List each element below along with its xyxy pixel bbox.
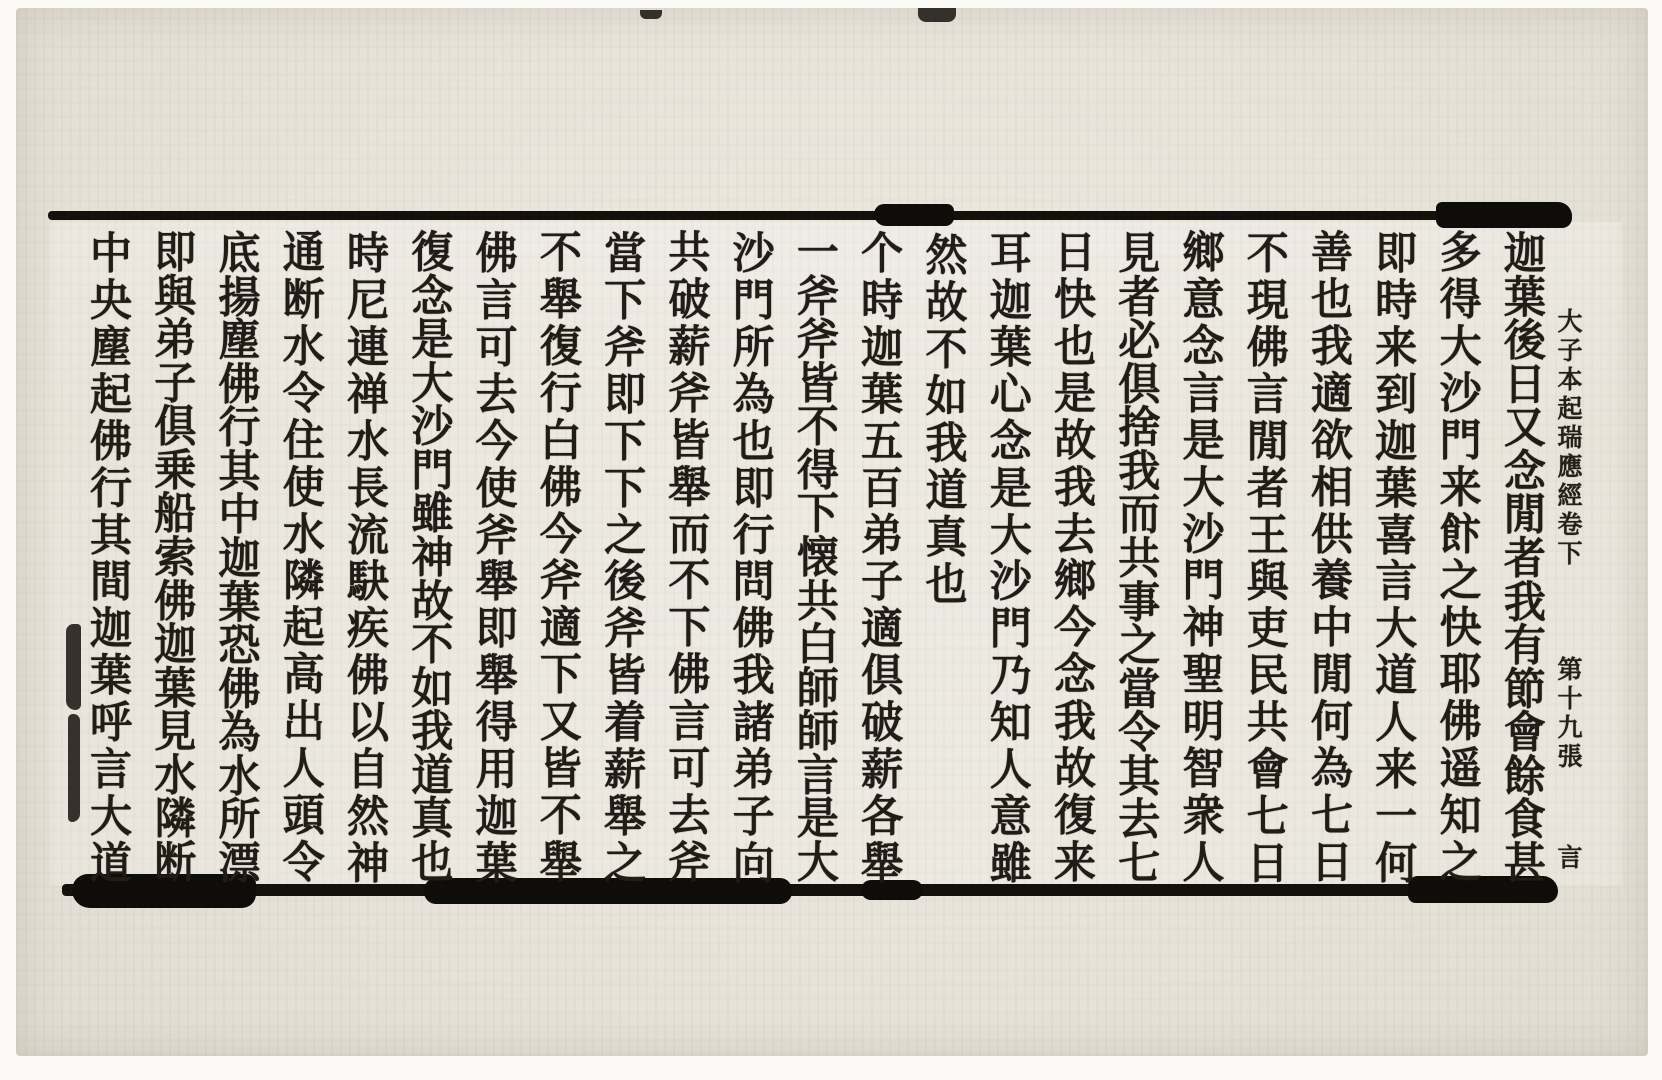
- glyph: 也: [1311, 278, 1353, 322]
- glyph: 去: [668, 794, 710, 838]
- glyph: 一: [1375, 795, 1417, 839]
- glyph: 今: [1054, 607, 1096, 651]
- text-column-2: 多得大沙門来飰之快耶佛遥知之: [1438, 232, 1484, 884]
- glyph: 言: [90, 748, 132, 792]
- glyph: 下: [797, 493, 839, 537]
- glyph: 迦: [154, 623, 196, 667]
- glyph: 葉: [90, 654, 132, 698]
- glyph: 念: [411, 275, 453, 319]
- glyph: 佛: [733, 608, 775, 652]
- glyph: 沙: [733, 232, 775, 276]
- glyph: 鄉: [1183, 231, 1225, 275]
- glyph: 乗: [154, 449, 196, 493]
- glyph: 言: [1247, 373, 1289, 417]
- glyph: 断: [283, 278, 325, 322]
- glyph: 葉: [1504, 276, 1546, 320]
- ink-mark: [640, 10, 662, 19]
- glyph: 門: [733, 279, 775, 323]
- text-column-13: 沙門所為也即行問佛我諸弟子向: [731, 233, 777, 885]
- glyph: 其: [219, 450, 261, 494]
- glyph: 不: [411, 623, 453, 667]
- text-column-15: 當下斧即下下之後斧皆着薪舉之: [602, 233, 648, 885]
- glyph: 去: [1054, 513, 1096, 557]
- glyph: 央: [90, 279, 132, 323]
- glyph: 會: [1247, 748, 1289, 792]
- glyph: 迦: [1504, 232, 1546, 276]
- glyph: 見: [1118, 232, 1160, 276]
- ink-smudge: [68, 714, 80, 822]
- glyph: 令: [1118, 711, 1160, 755]
- glyph: 連: [347, 326, 389, 370]
- glyph: 之: [1118, 624, 1160, 668]
- glyph: 當: [604, 232, 646, 276]
- text-column-20: 通断水令住使水隣起高出人頭令: [281, 232, 327, 884]
- glyph: 起: [90, 373, 132, 417]
- glyph: 个: [861, 232, 903, 276]
- glyph: 舉: [476, 561, 518, 605]
- glyph: 是: [1183, 419, 1225, 463]
- glyph: 漂: [219, 842, 261, 886]
- glyph: 雖: [990, 842, 1032, 886]
- glyph: 以: [347, 701, 389, 745]
- glyph: 師: [797, 710, 839, 754]
- margin-column: 大子本起瑞應經卷下 第十九張 言: [1550, 232, 1586, 884]
- glyph: 白: [540, 419, 582, 463]
- glyph: 又: [1504, 406, 1546, 450]
- glyph: 来: [1375, 748, 1417, 792]
- glyph: 見: [154, 710, 196, 754]
- collator-mark: 言: [1550, 844, 1586, 873]
- glyph: 道: [90, 842, 132, 886]
- glyph: 明: [1183, 700, 1225, 744]
- glyph: 我: [1311, 325, 1353, 369]
- glyph: 道: [411, 754, 453, 798]
- glyph: 頭: [283, 794, 325, 838]
- glyph: 其: [1118, 755, 1160, 799]
- glyph: 七: [1311, 794, 1353, 838]
- glyph: 時: [1375, 279, 1417, 323]
- text-column-10: 然故不如我道真也: [923, 232, 969, 884]
- glyph: 言: [797, 754, 839, 798]
- glyph: 去: [476, 373, 518, 417]
- glyph: 五: [861, 420, 903, 464]
- glyph: 疾: [347, 608, 389, 652]
- glyph: 共: [668, 231, 710, 275]
- glyph: 下: [668, 607, 710, 651]
- glyph: 今: [540, 513, 582, 557]
- glyph: 故: [925, 278, 967, 327]
- glyph: 懐: [797, 536, 839, 580]
- glyph: 我: [1054, 466, 1096, 510]
- glyph: 倶: [1118, 363, 1160, 407]
- glyph: 舉: [540, 278, 582, 322]
- glyph: 葉: [154, 667, 196, 711]
- glyph: 耶: [1440, 653, 1482, 697]
- glyph: 之: [1440, 841, 1482, 885]
- glyph: 我: [925, 419, 967, 468]
- glyph: 是: [1054, 372, 1096, 416]
- glyph: 之: [1440, 560, 1482, 604]
- glyph: 行: [90, 467, 132, 511]
- glyph: 門: [990, 608, 1032, 652]
- glyph: 水: [283, 325, 325, 369]
- glyph: 佛: [347, 654, 389, 698]
- glyph: 使: [476, 467, 518, 511]
- glyph: 一: [797, 231, 839, 275]
- glyph: 佛: [1440, 700, 1482, 744]
- glyph: 也: [733, 420, 775, 464]
- glyph: 所: [733, 326, 775, 370]
- glyph: 日: [1054, 231, 1096, 275]
- glyph: 令: [283, 841, 325, 885]
- glyph: 中: [90, 232, 132, 276]
- glyph: 下: [604, 279, 646, 323]
- glyph: 皆: [604, 654, 646, 698]
- glyph: 鄉: [1054, 560, 1096, 604]
- ink-smudge: [66, 624, 81, 710]
- glyph: 大: [1375, 608, 1417, 652]
- glyph: 弟: [861, 514, 903, 558]
- glyph: 中: [219, 494, 261, 538]
- glyph: 塵: [90, 326, 132, 370]
- glyph: 佛: [154, 580, 196, 624]
- glyph: 薪: [604, 748, 646, 792]
- glyph: 中: [1311, 607, 1353, 651]
- glyph: 餘: [1504, 755, 1546, 799]
- glyph: 者: [1118, 276, 1160, 320]
- glyph: 向: [733, 842, 775, 886]
- glyph: 意: [990, 795, 1032, 839]
- glyph: 師: [797, 667, 839, 711]
- glyph: 而: [668, 513, 710, 557]
- glyph: 倶: [861, 654, 903, 698]
- glyph: 之: [604, 842, 646, 886]
- glyph: 可: [668, 747, 710, 791]
- glyph: 舉: [861, 842, 903, 886]
- glyph: 百: [861, 467, 903, 511]
- glyph: 船: [154, 493, 196, 537]
- glyph: 甚: [1504, 842, 1546, 886]
- glyph: 水: [347, 420, 389, 464]
- text-column-14: 共破薪斧皆舉而不下佛言可去斧: [666, 232, 712, 884]
- glyph: 我: [1504, 581, 1546, 625]
- glyph: 問: [733, 561, 775, 605]
- glyph: 是: [797, 797, 839, 841]
- glyph: 可: [476, 326, 518, 370]
- glyph: 人: [283, 747, 325, 791]
- glyph: 者: [1247, 467, 1289, 511]
- glyph: 佛: [476, 232, 518, 276]
- glyph: 門: [411, 449, 453, 493]
- glyph: 念: [1183, 325, 1225, 369]
- glyph: 斧: [604, 326, 646, 370]
- glyph: 時: [347, 232, 389, 276]
- glyph: 佛: [1247, 326, 1289, 370]
- glyph: 又: [540, 700, 582, 744]
- glyph: 舉: [540, 841, 582, 885]
- glyph: 駃: [347, 561, 389, 605]
- glyph: 快: [1440, 607, 1482, 651]
- glyph: 與: [154, 275, 196, 319]
- text-column-7: 見者必倶捨我而共事之當令其去七: [1116, 233, 1162, 885]
- glyph: 閒: [1247, 420, 1289, 464]
- glyph: 即: [733, 467, 775, 511]
- glyph: 今: [476, 420, 518, 464]
- glyph: 舉: [668, 466, 710, 510]
- glyph: 斧: [668, 372, 710, 416]
- glyph: 子: [733, 795, 775, 839]
- text-column-8: 日快也是故我去鄉今念我故復来: [1052, 232, 1098, 884]
- glyph: 念: [1054, 653, 1096, 697]
- glyph: 佛: [540, 466, 582, 510]
- glyph: 神: [411, 536, 453, 580]
- glyph: 為: [733, 373, 775, 417]
- glyph: 葉: [1375, 467, 1417, 511]
- glyph: 我: [1118, 450, 1160, 494]
- glyph: 沙: [411, 405, 453, 449]
- glyph: 来: [1440, 466, 1482, 510]
- glyph: 得: [797, 449, 839, 493]
- glyph: 来: [1375, 326, 1417, 370]
- glyph: 各: [861, 795, 903, 839]
- glyph: 破: [668, 278, 710, 322]
- glyph: 有: [1504, 624, 1546, 668]
- glyph: 迦: [219, 537, 261, 581]
- glyph: 為: [1311, 747, 1353, 791]
- glyph: 迦: [990, 279, 1032, 323]
- glyph: 念: [990, 420, 1032, 464]
- glyph: 起: [283, 607, 325, 651]
- glyph: 行: [733, 514, 775, 558]
- glyph: 神: [1183, 607, 1225, 651]
- glyph: 也: [1054, 325, 1096, 369]
- glyph: 故: [411, 580, 453, 624]
- glyph: 佛: [668, 653, 710, 697]
- glyph: 隣: [283, 560, 325, 604]
- glyph: 言: [668, 700, 710, 744]
- glyph: 舉: [476, 654, 518, 698]
- glyph: 水: [283, 513, 325, 557]
- glyph: 然: [925, 231, 967, 280]
- glyph: 節: [1504, 668, 1546, 712]
- glyph: 故: [1054, 419, 1096, 463]
- glyph: 禅: [347, 373, 389, 417]
- glyph: 我: [411, 710, 453, 754]
- glyph: 念: [1504, 450, 1546, 494]
- glyph: 言: [1183, 372, 1225, 416]
- glyph: 斧: [476, 514, 518, 558]
- glyph: 共: [797, 580, 839, 624]
- glyph: 得: [1440, 278, 1482, 322]
- glyph: 即: [154, 231, 196, 275]
- glyph: 民: [1247, 654, 1289, 698]
- glyph: 通: [283, 231, 325, 275]
- text-column-11: 个時迦葉五百弟子適倶破薪各舉: [859, 233, 905, 885]
- glyph: 佛: [219, 668, 261, 712]
- glyph: 底: [219, 232, 261, 276]
- glyph: 去: [1118, 798, 1160, 842]
- glyph: 共: [1247, 701, 1289, 745]
- glyph: 迦: [1375, 420, 1417, 464]
- glyph: 不: [540, 231, 582, 275]
- glyph: 復: [540, 325, 582, 369]
- glyph: 流: [347, 514, 389, 558]
- glyph: 道: [925, 466, 967, 515]
- glyph: 薪: [668, 325, 710, 369]
- glyph: 相: [1311, 466, 1353, 510]
- glyph: 必: [1118, 319, 1160, 363]
- glyph: 斧: [797, 318, 839, 362]
- glyph: 着: [604, 701, 646, 745]
- text-column-23: 中央塵起佛行其間迦葉呼言大道: [88, 233, 134, 885]
- glyph: 共: [1118, 537, 1160, 581]
- text-column-17: 佛言可去今使斧舉即舉得用迦葉: [474, 233, 520, 885]
- glyph: 倶: [154, 405, 196, 449]
- glyph: 大: [990, 514, 1032, 558]
- text-column-12: 一斧斧皆不得下懐共白師師言是大: [795, 232, 841, 884]
- glyph: 沙: [1440, 372, 1482, 416]
- glyph: 養: [1311, 560, 1353, 604]
- glyph: 故: [1054, 747, 1096, 791]
- text-column-18: 復念是大沙門雖神故不如我道真也: [409, 232, 455, 884]
- glyph: 捨: [1118, 406, 1160, 450]
- glyph: 時: [861, 279, 903, 323]
- glyph: 大: [411, 362, 453, 406]
- text-column-6: 鄉意念言是大沙門神聖明智衆人: [1181, 232, 1227, 884]
- text-column-9: 耳迦葉心念是大沙門乃知人意雖: [988, 233, 1034, 885]
- glyph: 迦: [476, 795, 518, 839]
- glyph: 吏: [1247, 608, 1289, 652]
- glyph: 是: [411, 318, 453, 362]
- glyph: 即: [604, 373, 646, 417]
- glyph: 弟: [154, 318, 196, 362]
- glyph: 弟: [733, 748, 775, 792]
- glyph: 如: [411, 667, 453, 711]
- glyph: 食: [1504, 798, 1546, 842]
- glyph: 斧: [604, 608, 646, 652]
- glyph: 行: [219, 406, 261, 450]
- glyph: 智: [1183, 747, 1225, 791]
- glyph: 水: [219, 755, 261, 799]
- glyph: 葉: [219, 581, 261, 625]
- glyph: 日: [1247, 842, 1289, 886]
- text-column-1: 迦葉後日又念閒者我有節會餘食甚: [1502, 233, 1548, 885]
- glyph: 門: [1440, 419, 1482, 463]
- glyph: 王: [1247, 514, 1289, 558]
- glyph: 雖: [411, 493, 453, 537]
- glyph: 索: [154, 536, 196, 580]
- text-column-16: 不舉復行白佛今斧適下又皆不舉: [538, 232, 584, 884]
- glyph: 葉: [990, 326, 1032, 370]
- glyph: 塵: [219, 319, 261, 363]
- glyph: 如: [925, 372, 967, 421]
- glyph: 白: [797, 623, 839, 667]
- glyph: 破: [861, 701, 903, 745]
- text-column-3: 即時来到迦葉喜言大道人来一何: [1373, 233, 1419, 885]
- glyph: 然: [347, 795, 389, 839]
- glyph: 出: [283, 700, 325, 744]
- ink-blob: [1436, 202, 1572, 228]
- glyph: 沙: [1183, 513, 1225, 557]
- glyph: 佛: [90, 420, 132, 464]
- glyph: 断: [154, 841, 196, 885]
- ink-mark: [918, 8, 956, 22]
- glyph: 為: [219, 711, 261, 755]
- glyph: 欲: [1311, 419, 1353, 463]
- glyph: 遥: [1440, 747, 1482, 791]
- glyph: 不: [1247, 232, 1289, 276]
- glyph: 與: [1247, 561, 1289, 605]
- glyph: 得: [476, 701, 518, 745]
- glyph: 當: [1118, 668, 1160, 712]
- glyph: 尼: [347, 279, 389, 323]
- glyph: 門: [1183, 560, 1225, 604]
- glyph: 現: [1247, 279, 1289, 323]
- glyph: 大: [90, 795, 132, 839]
- ink-blob: [874, 204, 954, 226]
- glyph: 住: [283, 419, 325, 463]
- glyph: 心: [990, 373, 1032, 417]
- columns-container: 迦葉後日又念閒者我有節會餘食甚多得大沙門来飰之快耶佛遥知之即時来到迦葉喜言大道人…: [88, 232, 1548, 884]
- sheet-number: 第十九張: [1550, 656, 1586, 772]
- glyph: 後: [1504, 319, 1546, 363]
- glyph: 隣: [154, 797, 196, 841]
- glyph: 言: [1375, 561, 1417, 605]
- glyph: 耳: [990, 232, 1032, 276]
- glyph: 知: [990, 701, 1032, 745]
- glyph: 後: [604, 561, 646, 605]
- glyph: 斧: [797, 275, 839, 319]
- scroll-title: 大子本起瑞應經卷下: [1550, 308, 1586, 569]
- glyph: 水: [154, 754, 196, 798]
- text-column-22: 即與弟子倶乗船索佛迦葉見水隣断: [152, 232, 198, 884]
- glyph: 使: [283, 466, 325, 510]
- glyph: 之: [604, 514, 646, 558]
- glyph: 迦: [90, 608, 132, 652]
- glyph: 子: [154, 362, 196, 406]
- glyph: 衆: [1183, 794, 1225, 838]
- glyph: 也: [411, 841, 453, 885]
- glyph: 供: [1311, 513, 1353, 557]
- glyph: 佛: [219, 363, 261, 407]
- glyph: 行: [540, 372, 582, 416]
- glyph: 人: [990, 748, 1032, 792]
- glyph: 即: [1375, 232, 1417, 276]
- glyph: 不: [925, 325, 967, 374]
- glyph: 自: [347, 748, 389, 792]
- glyph: 諸: [733, 701, 775, 745]
- glyph: 下: [604, 420, 646, 464]
- glyph: 適: [861, 608, 903, 652]
- glyph: 言: [476, 279, 518, 323]
- glyph: 閒: [1504, 494, 1546, 538]
- glyph: 呼: [90, 701, 132, 745]
- glyph: 適: [1311, 372, 1353, 416]
- glyph: 快: [1054, 278, 1096, 322]
- glyph: 斧: [540, 560, 582, 604]
- glyph: 也: [925, 560, 967, 609]
- text-column-4: 善也我適欲相供養中閒何為七日: [1309, 232, 1355, 884]
- glyph: 来: [1054, 841, 1096, 885]
- glyph: 恐: [219, 624, 261, 668]
- glyph: 聖: [1183, 653, 1225, 697]
- glyph: 人: [1183, 841, 1225, 885]
- glyph: 而: [1118, 494, 1160, 538]
- glyph: 大: [797, 841, 839, 885]
- glyph: 日: [1311, 841, 1353, 885]
- glyph: 者: [1504, 537, 1546, 581]
- glyph: 人: [1375, 701, 1417, 745]
